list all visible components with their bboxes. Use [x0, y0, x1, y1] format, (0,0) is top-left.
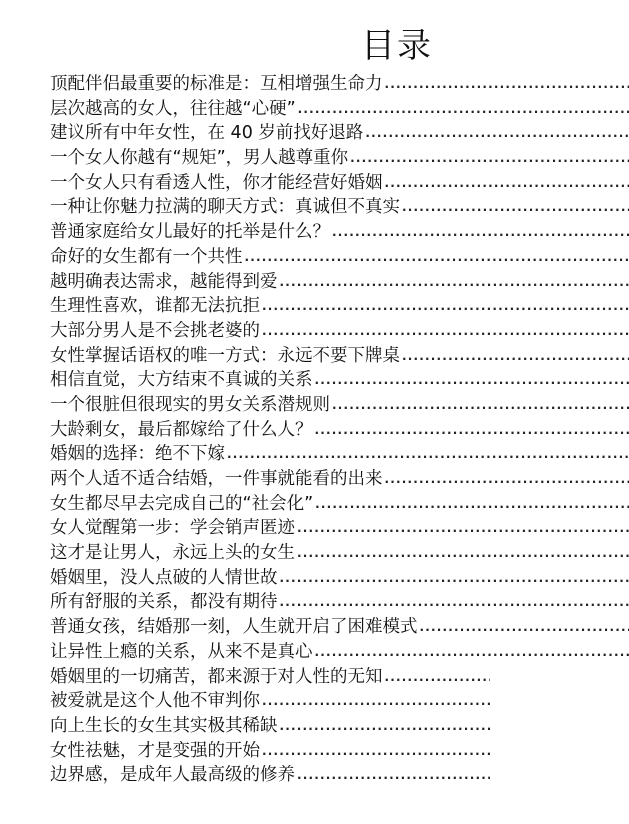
toc-entry-title: 两个人适不适合结婚，一件事就能看的出来 [50, 467, 383, 492]
toc-entry-title: 女生都尽早去完成自己的“社会化” [50, 492, 313, 517]
dot-leader: ........................................… [363, 121, 629, 146]
dot-leader: ........................................… [295, 763, 490, 788]
toc-entry[interactable]: 生理性喜欢，谁都无法抗拒............................… [50, 294, 629, 319]
toc-entry[interactable]: 普通家庭给女儿最好的托举是什么？........................… [50, 220, 629, 245]
toc-entry[interactable]: 女性祛魅，才是变强的开始............................… [50, 739, 490, 764]
toc-entry[interactable]: 两个人适不适合结婚，一件事就能看的出来.....................… [50, 467, 629, 492]
toc-entry[interactable]: 边界感，是成年人最高级的修养..........................… [50, 763, 490, 788]
dot-leader: ........................................… [295, 541, 629, 566]
toc-entry[interactable]: 建议所有中年女性，在 40 岁前找好退路....................… [50, 121, 629, 146]
toc-entry-title: 普通女孩，结婚那一刻，人生就开启了困难模式 [50, 615, 418, 640]
toc-entry[interactable]: 一个女人只有看透人性，你才能经营好婚姻.....................… [50, 171, 629, 196]
toc-entry-title: 被爱就是这个人他不审判你 [50, 689, 260, 714]
dot-leader: ........................................… [348, 146, 629, 171]
toc-entry[interactable]: 向上生长的女生其实极其稀缺...........................… [50, 714, 490, 739]
toc-entry[interactable]: 这才是让男人，永远上头的女生..........................… [50, 541, 629, 566]
toc-entry-title: 普通家庭给女儿最好的托举是什么？ [50, 220, 330, 245]
toc-entry[interactable]: 一个女人你越有“规矩”，男人越尊重你......................… [50, 146, 629, 171]
toc-entry-title: 顶配伴侣最重要的标准是：互相增强生命力 [50, 72, 383, 97]
toc-entry-title: 相信直觉，大方结束不真诚的关系 [50, 368, 313, 393]
dot-leader: ........................................… [313, 492, 629, 517]
dot-leader: ........................................… [295, 516, 629, 541]
toc-entry-title: 建议所有中年女性，在 40 岁前找好退路 [50, 121, 363, 146]
toc-entry[interactable]: 大龄剩女，最后都嫁给了什么人？.........................… [50, 418, 629, 443]
toc-entry-title: 大部分男人是不会挑老婆的 [50, 319, 260, 344]
toc-entry[interactable]: 层次越高的女人，往往越“心硬”.........................… [50, 97, 629, 122]
toc-entry-title: 婚姻里的一切痛苦，都来源于对人性的无知 [50, 665, 383, 690]
toc-entry[interactable]: 婚姻的选择：绝不下嫁..............................… [50, 442, 629, 467]
toc-entry-title: 这才是让男人，永远上头的女生 [50, 541, 295, 566]
table-of-contents: 顶配伴侣最重要的标准是：互相增强生命力.....................… [50, 72, 629, 788]
toc-entry-title: 婚姻的选择：绝不下嫁 [50, 442, 225, 467]
toc-entry-title: 命好的女生都有一个共性 [50, 245, 243, 270]
dot-leader: ........................................… [278, 714, 491, 739]
toc-entry[interactable]: 女性掌握话语权的唯一方式：永远不要下牌桌....................… [50, 344, 629, 369]
toc-entry-title: 让异性上瘾的关系，从来不是真心 [50, 640, 313, 665]
dot-leader: ........................................… [278, 590, 629, 615]
toc-entry[interactable]: 一种让你魅力拉满的聊天方式：真诚但不真实....................… [50, 195, 629, 220]
dot-leader: ........................................… [278, 270, 629, 295]
page-title: 目录 [0, 24, 629, 68]
dot-leader: ........................................… [313, 418, 629, 443]
toc-entry-title: 婚姻里，没人点破的人情世故 [50, 566, 278, 591]
toc-entry[interactable]: 越明确表达需求，越能得到爱...........................… [50, 270, 629, 295]
toc-entry[interactable]: 相信直觉，大方结束不真诚的关系.........................… [50, 368, 629, 393]
toc-entry-title: 边界感，是成年人最高级的修养 [50, 763, 295, 788]
toc-entry-title: 女性掌握话语权的唯一方式：永远不要下牌桌 [50, 344, 400, 369]
dot-leader: ........................................… [296, 97, 629, 122]
toc-entry-title: 向上生长的女生其实极其稀缺 [50, 714, 278, 739]
dot-leader: ........................................… [278, 566, 629, 591]
dot-leader: ........................................… [383, 467, 629, 492]
toc-entry[interactable]: 一个很脏但很现实的男女关系潜规则........................… [50, 393, 629, 418]
toc-entry[interactable]: 女人觉醒第一步：学会销声匿迹..........................… [50, 516, 629, 541]
toc-entry[interactable]: 让异性上瘾的关系，从来不是真心.........................… [50, 640, 629, 665]
dot-leader: ........................................… [260, 739, 490, 764]
toc-entry-title: 生理性喜欢，谁都无法抗拒 [50, 294, 260, 319]
dot-leader: ........................................… [400, 344, 629, 369]
toc-entry[interactable]: 顶配伴侣最重要的标准是：互相增强生命力.....................… [50, 72, 629, 97]
toc-entry-title: 越明确表达需求，越能得到爱 [50, 270, 278, 295]
dot-leader: ........................................… [260, 294, 629, 319]
dot-leader: ........................................… [383, 72, 629, 97]
toc-entry[interactable]: 女生都尽早去完成自己的“社会化”........................… [50, 492, 629, 517]
toc-entry[interactable]: 大部分男人是不会挑老婆的............................… [50, 319, 629, 344]
toc-entry[interactable]: 普通女孩，结婚那一刻，人生就开启了困难模式...................… [50, 615, 629, 640]
dot-leader: ........................................… [418, 615, 629, 640]
toc-entry-title: 大龄剩女，最后都嫁给了什么人？ [50, 418, 313, 443]
dot-leader: ........................................… [313, 640, 629, 665]
dot-leader: ........................................… [225, 442, 629, 467]
toc-entry[interactable]: 婚姻里的一切痛苦，都来源于对人性的无知.....................… [50, 665, 490, 690]
toc-entry-title: 一个女人你越有“规矩”，男人越尊重你 [50, 146, 348, 171]
dot-leader: ........................................… [260, 689, 490, 714]
toc-entry-title: 一个女人只有看透人性，你才能经营好婚姻 [50, 171, 383, 196]
toc-entry-title: 层次越高的女人，往往越“心硬” [50, 97, 296, 122]
toc-entry-title: 所有舒服的关系，都没有期待 [50, 590, 278, 615]
toc-entry[interactable]: 所有舒服的关系，都没有期待...........................… [50, 590, 629, 615]
toc-entry-title: 一个很脏但很现实的男女关系潜规则 [50, 393, 330, 418]
dot-leader: ........................................… [383, 665, 491, 690]
dot-leader: ........................................… [260, 319, 629, 344]
toc-entry-title: 女人觉醒第一步：学会销声匿迹 [50, 516, 295, 541]
dot-leader: ........................................… [400, 195, 629, 220]
toc-entry[interactable]: 婚姻里，没人点破的人情世故...........................… [50, 566, 629, 591]
dot-leader: ........................................… [330, 220, 629, 245]
toc-entry-title: 一种让你魅力拉满的聊天方式：真诚但不真实 [50, 195, 400, 220]
toc-entry[interactable]: 命好的女生都有一个共性.............................… [50, 245, 629, 270]
toc-entry-title: 女性祛魅，才是变强的开始 [50, 739, 260, 764]
dot-leader: ........................................… [383, 171, 629, 196]
dot-leader: ........................................… [243, 245, 629, 270]
dot-leader: ........................................… [313, 368, 629, 393]
toc-entry[interactable]: 被爱就是这个人他不审判你............................… [50, 689, 490, 714]
dot-leader: ........................................… [330, 393, 629, 418]
